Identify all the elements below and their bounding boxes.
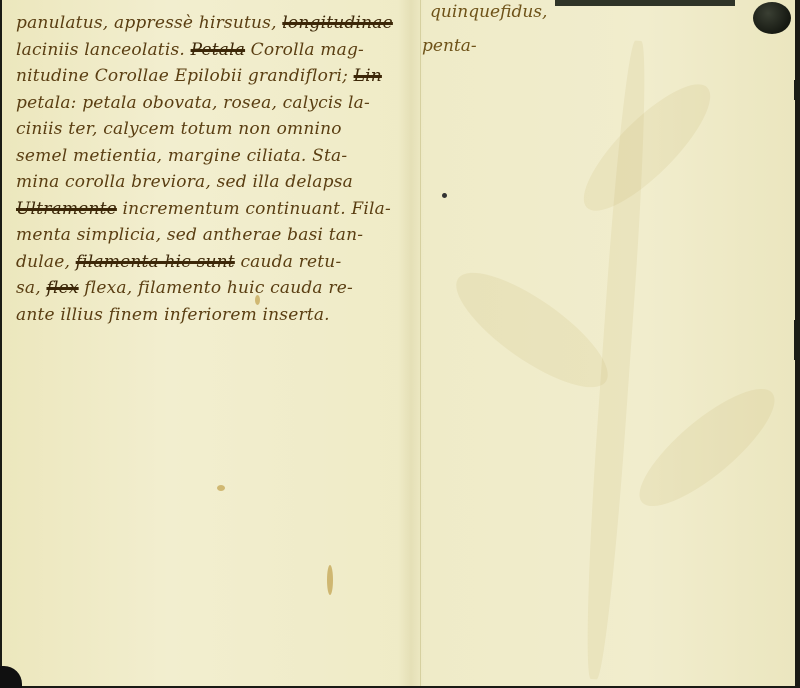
manuscript-line: petala: petala obovata, rosea, calycis l…: [16, 90, 416, 117]
manuscript-text: panulatus, appressè hirsutus, longitudin…: [16, 10, 416, 328]
scan-edge-mark: [794, 80, 800, 100]
text-run: semel metientia, margine ciliata. Sta-: [16, 146, 347, 166]
text-run: petala: petala obovata, rosea, calycis l…: [16, 93, 370, 113]
scan-edge-mark: [794, 320, 800, 360]
manuscript-line: menta simplicia, sed antherae basi tan-: [16, 222, 416, 249]
deleted-word: Ultramente: [16, 199, 117, 219]
text-run: cauda retu-: [235, 252, 342, 272]
text-run: sa,: [16, 278, 46, 298]
manuscript-line: Ultramente incrementum continuant. Fila-: [16, 196, 416, 223]
text-run: Corolla mag-: [245, 40, 364, 60]
text-run: panulatus, appressè hirsutus,: [16, 13, 282, 33]
text-run: ciniis ter, calycem totum non omnino: [16, 119, 342, 139]
margin-note-quinquefidus: quinquefidus,: [430, 2, 547, 22]
text-run: menta simplicia, sed antherae basi tan-: [16, 225, 363, 245]
text-run: laciniis lanceolatis.: [16, 40, 191, 60]
manuscript-line: sa, flex flexa, filamento huic cauda re-: [16, 275, 416, 302]
ink-stain: [327, 565, 333, 595]
deleted-word: Petala: [191, 40, 245, 60]
text-run: mina corolla breviora, sed illa delapsa: [16, 172, 353, 192]
manuscript-page: panulatus, appressè hirsutus, longitudin…: [2, 0, 794, 686]
manuscript-line: ante illius finem inferiorem inserta.: [16, 302, 416, 329]
ink-dot: [442, 193, 447, 198]
text-run: ante illius finem inferiorem inserta.: [16, 305, 330, 325]
deleted-word: flex: [46, 278, 78, 298]
deleted-word: Lin: [354, 66, 382, 86]
mounting-pin: [753, 2, 791, 34]
text-run: incrementum continuant. Fila-: [117, 199, 391, 219]
manuscript-line: panulatus, appressè hirsutus, longitudin…: [16, 10, 416, 37]
text-run: dulae,: [16, 252, 76, 272]
manuscript-line: dulae, filamenta hic sunt cauda retu-: [16, 249, 416, 276]
manuscript-line: ciniis ter, calycem totum non omnino: [16, 116, 416, 143]
text-run: nitudine Corollae Epilobii grandiflori;: [16, 66, 354, 86]
ink-stain: [217, 485, 225, 491]
manuscript-line: mina corolla breviora, sed illa delapsa: [16, 169, 416, 196]
deleted-word: longitudinae: [282, 13, 393, 33]
deleted-word: filamenta hic sunt: [76, 252, 235, 272]
manuscript-line: semel metientia, margine ciliata. Sta-: [16, 143, 416, 170]
margin-note-penta: penta-: [422, 36, 477, 56]
text-run: flexa, filamento huic cauda re-: [79, 278, 353, 298]
scan-frame-strip: [555, 0, 735, 6]
manuscript-line: nitudine Corollae Epilobii grandiflori; …: [16, 63, 416, 90]
manuscript-line: laciniis lanceolatis. Petala Corolla mag…: [16, 37, 416, 64]
